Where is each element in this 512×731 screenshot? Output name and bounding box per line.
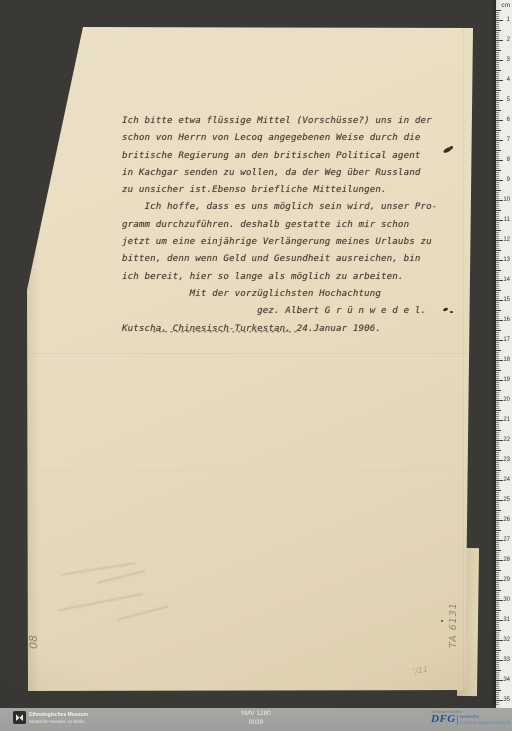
ruler: cm 1234567891011121314151617181920212223… bbox=[496, 0, 512, 708]
ruler-unit-label: cm bbox=[501, 2, 510, 9]
ruler-tick bbox=[496, 370, 501, 371]
ruler-tick bbox=[496, 530, 501, 531]
letter-line: in Kachgar senden zu wollen, da der Weg … bbox=[122, 164, 437, 181]
ruler-tick bbox=[496, 290, 501, 291]
ruler-tick bbox=[496, 580, 503, 581]
ruler-number: 10 bbox=[503, 197, 510, 204]
ruler-tick bbox=[496, 650, 501, 651]
ruler-tick bbox=[496, 100, 503, 101]
ruler-tick bbox=[496, 440, 503, 441]
ruler-tick bbox=[496, 420, 503, 421]
ruler-tick bbox=[496, 320, 503, 321]
ruler-tick bbox=[496, 510, 501, 511]
scan-viewer: Ich bitte etwa flüssige Mittel (Vorschüs… bbox=[0, 0, 512, 731]
ruler-tick bbox=[496, 470, 501, 471]
ruler-tick bbox=[496, 430, 501, 431]
ruler-number: 20 bbox=[503, 397, 510, 404]
ruler-tick bbox=[496, 660, 503, 661]
ruler-tick bbox=[496, 690, 501, 691]
ruler-tick bbox=[496, 330, 501, 331]
ruler-tick bbox=[496, 450, 501, 451]
pencil-archive-number: TA 6131 bbox=[448, 590, 462, 660]
ruler-tick bbox=[496, 550, 501, 551]
ruler-tick bbox=[496, 540, 503, 541]
ruler-tick bbox=[496, 190, 501, 191]
ruler-number: 32 bbox=[503, 637, 510, 644]
ruler-number: 14 bbox=[503, 277, 510, 284]
fold-crease bbox=[463, 26, 465, 692]
ruler-tick bbox=[496, 170, 501, 171]
footer-bar: Ethnologisches Museum Staatliche Museen … bbox=[0, 708, 512, 731]
fold-crease bbox=[26, 353, 476, 355]
letter-line: gez. Albert G r ü n w e d e l. bbox=[122, 302, 437, 319]
ruler-number: 30 bbox=[503, 597, 510, 604]
ruler-tick bbox=[496, 350, 501, 351]
ruler-number: 21 bbox=[503, 417, 510, 424]
ruler-tick bbox=[496, 210, 501, 211]
letter-line: Mit der vorzüglichsten Hochachtung bbox=[122, 285, 437, 302]
ruler-number: 15 bbox=[503, 297, 510, 304]
ruler-tick bbox=[496, 140, 503, 141]
letter-line: britische Regierung an den britischen Po… bbox=[122, 147, 437, 164]
ruler-tick bbox=[496, 700, 503, 701]
ruler-number: 9 bbox=[507, 177, 510, 184]
letter-line: gramm durchzuführen. deshalb gestatte ic… bbox=[122, 216, 437, 233]
ruler-tick bbox=[496, 590, 501, 591]
ruler-number: 29 bbox=[503, 577, 510, 584]
ruler-tick bbox=[496, 680, 503, 681]
ruler-tick bbox=[496, 380, 503, 381]
ruler-number: 27 bbox=[503, 537, 510, 544]
ruler-tick bbox=[496, 480, 503, 481]
ruler-number: 35 bbox=[503, 697, 510, 704]
letter-line: zu unsicher ist.Ebenso briefliche Mittei… bbox=[122, 181, 437, 198]
ruler-tick bbox=[496, 130, 501, 131]
ruler-tick bbox=[496, 150, 501, 151]
ruler-tick bbox=[496, 240, 503, 241]
ruler-number: 18 bbox=[503, 357, 510, 364]
letter-line: Ich bitte etwa flüssige Mittel (Vorschüs… bbox=[122, 112, 437, 129]
ruler-tick bbox=[496, 300, 503, 301]
ruler-number: 16 bbox=[503, 317, 510, 324]
ruler-number: 23 bbox=[503, 457, 510, 464]
ruler-tick bbox=[496, 120, 503, 121]
ink-speck bbox=[450, 311, 453, 313]
ruler-tick bbox=[496, 10, 501, 11]
dfg-logo: Gefördert durch DFG Deutsche Forschungsg… bbox=[431, 709, 462, 725]
ruler-tick bbox=[496, 220, 503, 221]
ruler-number: 4 bbox=[507, 77, 510, 84]
ruler-tick bbox=[496, 180, 503, 181]
ruler-number: 28 bbox=[503, 557, 510, 564]
ruler-tick bbox=[496, 310, 501, 311]
ruler-number: 34 bbox=[503, 677, 510, 684]
typewritten-letter: Ich bitte etwa flüssige Mittel (Vorschüs… bbox=[122, 112, 437, 337]
letter-line: jetzt um eine einjährige Verlängerung me… bbox=[122, 233, 437, 250]
ruler-tick bbox=[496, 270, 501, 271]
ruler-tick bbox=[496, 610, 501, 611]
ruler-number: 11 bbox=[504, 217, 510, 224]
ruler-tick bbox=[496, 490, 501, 491]
ruler-number: 17 bbox=[503, 337, 510, 344]
ruler-tick bbox=[496, 360, 503, 361]
ruler-number: 19 bbox=[503, 377, 510, 384]
ruler-tick bbox=[496, 600, 503, 601]
ruler-tick bbox=[496, 390, 501, 391]
ruler-number: 31 bbox=[503, 617, 510, 624]
ruler-number: 25 bbox=[503, 497, 510, 504]
ruler-tick bbox=[496, 70, 501, 71]
ruler-tick bbox=[496, 110, 501, 111]
ruler-tick bbox=[496, 200, 503, 201]
ruler-tick bbox=[496, 40, 503, 41]
ruler-tick bbox=[496, 670, 501, 671]
ruler-tick bbox=[496, 560, 503, 561]
ruler-number: 26 bbox=[503, 517, 510, 524]
ruler-tick bbox=[496, 340, 503, 341]
ruler-tick bbox=[496, 500, 503, 501]
letter-line: schon von Herrn von Lecoq angegebenen We… bbox=[122, 129, 437, 146]
letter-line: ich bereit, hier so lange als möglich zu… bbox=[122, 268, 437, 285]
typed-underline: -------------------------- bbox=[152, 326, 298, 337]
ruler-tick bbox=[496, 250, 501, 251]
dfg-full-name: Deutsche Forschungsgemeinschaft bbox=[460, 714, 512, 725]
ruler-number: 24 bbox=[503, 477, 510, 484]
fold-crease bbox=[26, 470, 476, 472]
ruler-tick bbox=[496, 620, 503, 621]
ruler-tick bbox=[496, 520, 503, 521]
ink-speck bbox=[441, 620, 443, 622]
ruler-number: 6 bbox=[507, 117, 510, 124]
ruler-tick bbox=[496, 20, 503, 21]
ruler-number: 22 bbox=[503, 437, 510, 444]
ruler-tick bbox=[496, 90, 501, 91]
ruler-tick bbox=[496, 50, 501, 51]
ruler-number: 33 bbox=[503, 657, 510, 664]
ruler-tick bbox=[496, 30, 501, 31]
ruler-number: 3 bbox=[507, 57, 510, 64]
ruler-number: 13 bbox=[503, 257, 510, 264]
ruler-tick bbox=[496, 230, 501, 231]
ruler-tick bbox=[496, 400, 503, 401]
ruler-tick bbox=[496, 570, 501, 571]
letter-line: Ich hoffe, dass es uns möglich sein wird… bbox=[122, 198, 437, 215]
ruler-number: 1 bbox=[507, 17, 510, 24]
ruler-number: 2 bbox=[507, 37, 510, 44]
ruler-number: 7 bbox=[507, 137, 510, 144]
ruler-tick bbox=[496, 60, 503, 61]
ruler-tick bbox=[496, 160, 503, 161]
ruler-tick bbox=[496, 630, 501, 631]
ruler-number: 12 bbox=[503, 237, 510, 244]
ruler-number: 5 bbox=[507, 97, 510, 104]
ink-speck bbox=[450, 146, 453, 149]
ruler-tick bbox=[496, 80, 503, 81]
pencil-number-annotation: 08 bbox=[27, 622, 41, 662]
ruler-mm-ticks bbox=[496, 10, 499, 706]
ruler-tick bbox=[496, 640, 503, 641]
ruler-tick bbox=[496, 410, 501, 411]
ruler-tick bbox=[496, 260, 503, 261]
ruler-tick bbox=[496, 460, 503, 461]
ruler-tick bbox=[496, 280, 503, 281]
letter-line: bitten, denn wenn Geld und Gesundheit au… bbox=[122, 250, 437, 267]
dfg-divider bbox=[457, 715, 458, 725]
ruler-number: 8 bbox=[507, 157, 510, 164]
